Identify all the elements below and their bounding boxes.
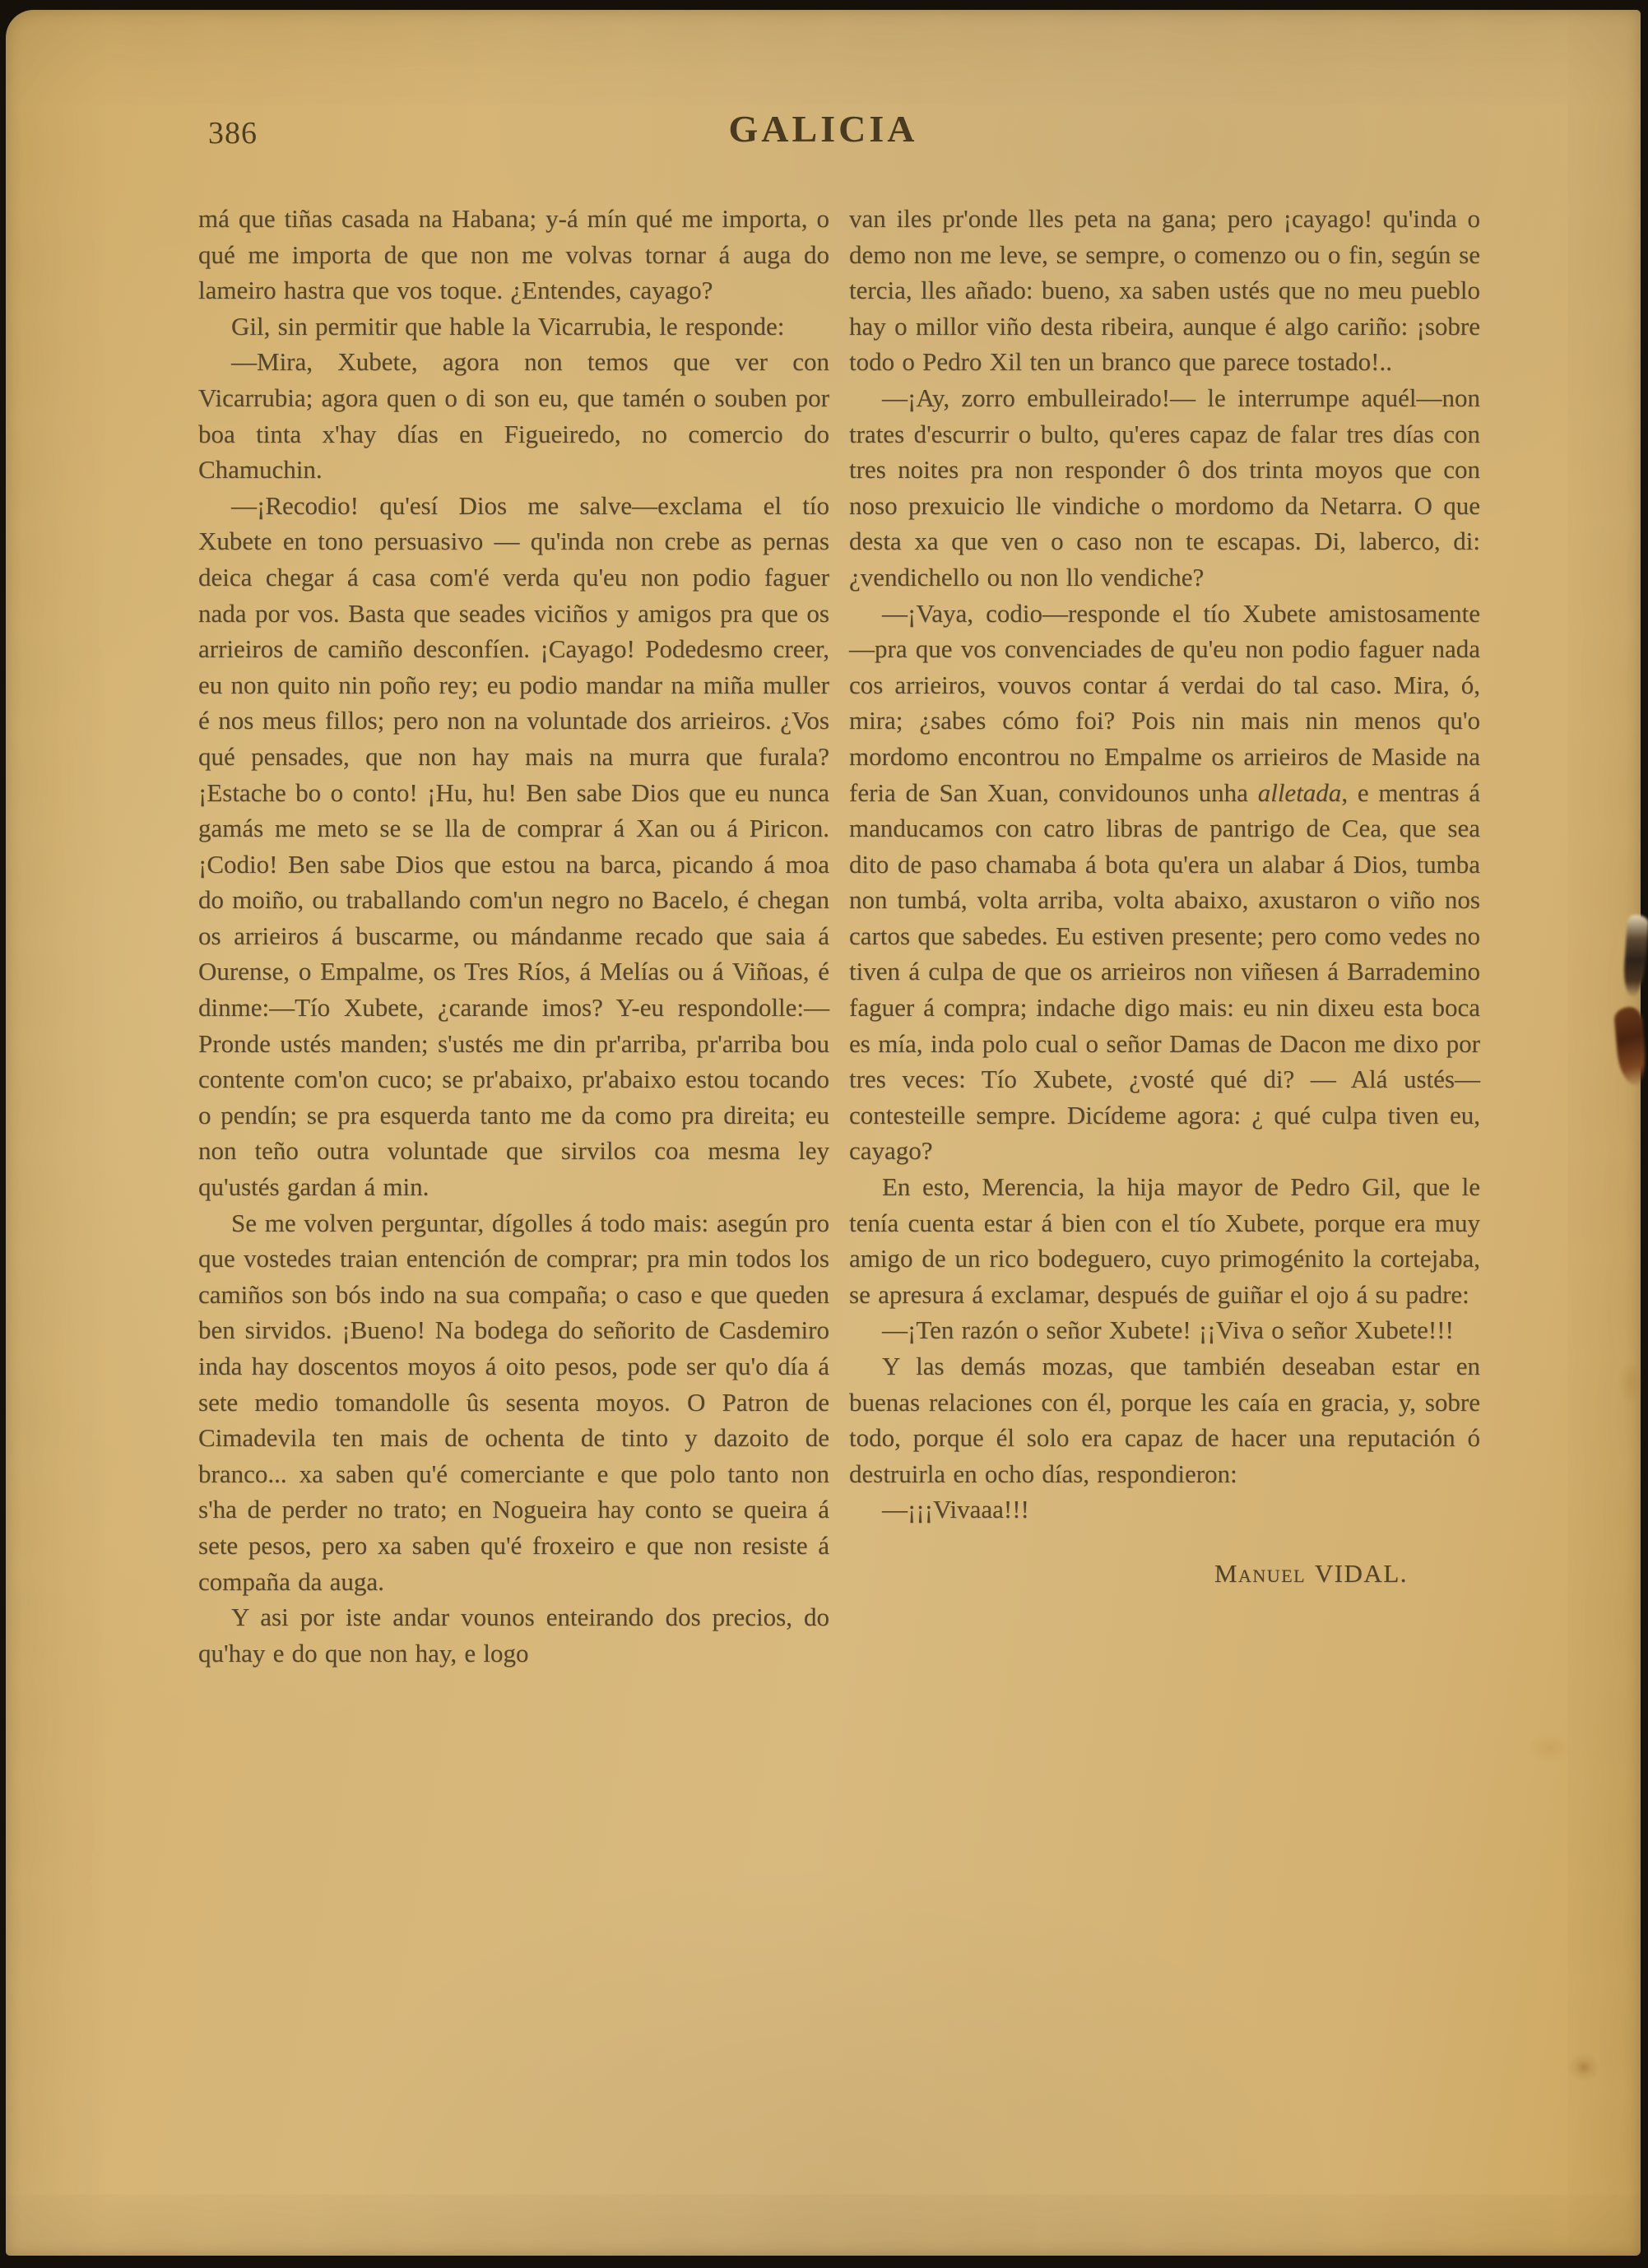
paragraph: Y las demás mozas, que también deseaban … (849, 1348, 1480, 1491)
column-right: van iles pr'onde lles peta na gana; pero… (849, 201, 1480, 1671)
text-segment: —¡Ten razón o señor Xubete! ¡¡Viva o señ… (882, 1315, 1454, 1344)
scanned-page: { "page": { "page_number": "386", "journ… (0, 0, 1648, 2268)
text-segment: —¡Recodio! qu'esí Dios me salve—exclama … (198, 491, 829, 1201)
author-first-name: Manuel (1214, 1559, 1315, 1588)
text-segment: Y las demás mozas, que también deseaban … (849, 1352, 1480, 1488)
paper-stain-spot (1562, 2048, 1605, 2086)
paragraph: —¡Recodio! qu'esí Dios me salve—exclama … (198, 488, 829, 1205)
paragraph: —¡Ay, zorro embulleirado!— le interrumpe… (849, 380, 1480, 596)
text-segment: —Mira, Xubete, agora non temos que ver c… (198, 347, 829, 484)
paper-stain-faint (1521, 1728, 1579, 1769)
text-columns: má que tiñas casada na Habana; y-á mín q… (198, 201, 1480, 1671)
journal-title: GALICIA (6, 107, 1641, 151)
text-segment: Se me volven perguntar, dígolles á todo … (198, 1208, 829, 1596)
paragraph: —¡Vaya, codio—responde el tío Xubete ami… (849, 596, 1480, 1170)
paragraph: Se me volven perguntar, dígolles á todo … (198, 1205, 829, 1600)
text-segment: —¡Ay, zorro embulleirado!— le interrumpe… (849, 383, 1480, 591)
author-last-name: VIDAL. (1315, 1559, 1408, 1588)
text-segment: van iles pr'onde lles peta na gana; pero… (849, 204, 1480, 376)
text-segment: Y asi por iste andar vounos enteirando d… (198, 1602, 829, 1667)
paragraph: —¡Ten razón o señor Xubete! ¡¡Viva o señ… (849, 1312, 1480, 1348)
paper-stain-edge (1614, 1355, 1647, 1412)
column-left: má que tiñas casada na Habana; y-á mín q… (198, 201, 829, 1671)
italic-text: alletada (1258, 778, 1342, 807)
text-segment: —¡¡¡Vivaaa!!! (882, 1495, 1029, 1524)
author-signature: Manuel VIDAL. (849, 1556, 1480, 1592)
paragraph: Gil, sin permitir que hable la Vicarrubi… (198, 308, 829, 345)
text-segment: —¡Vaya, codio—responde el tío Xubete ami… (849, 599, 1480, 807)
paragraph: —Mira, Xubete, agora non temos que ver c… (198, 344, 829, 487)
paragraph: —¡¡¡Vivaaa!!! (849, 1491, 1480, 1528)
text-segment: , e mentras á manducamos con catro libra… (849, 778, 1480, 1166)
page-paper: 386 GALICIA má que tiñas casada na Haban… (6, 10, 1641, 2256)
paragraph: En esto, Merencia, la hija mayor de Pedr… (849, 1169, 1480, 1312)
edge-stain-brown (1613, 1006, 1648, 1088)
text-segment: Gil, sin permitir que hable la Vicarrubi… (231, 312, 784, 341)
edge-stain-dark (1622, 914, 1648, 998)
paragraph: van iles pr'onde lles peta na gana; pero… (849, 201, 1480, 380)
paragraph: má que tiñas casada na Habana; y-á mín q… (198, 201, 829, 308)
text-segment: má que tiñas casada na Habana; y-á mín q… (198, 204, 829, 304)
paragraph: Y asi por iste andar vounos enteirando d… (198, 1599, 829, 1671)
text-segment: En esto, Merencia, la hija mayor de Pedr… (849, 1172, 1480, 1309)
